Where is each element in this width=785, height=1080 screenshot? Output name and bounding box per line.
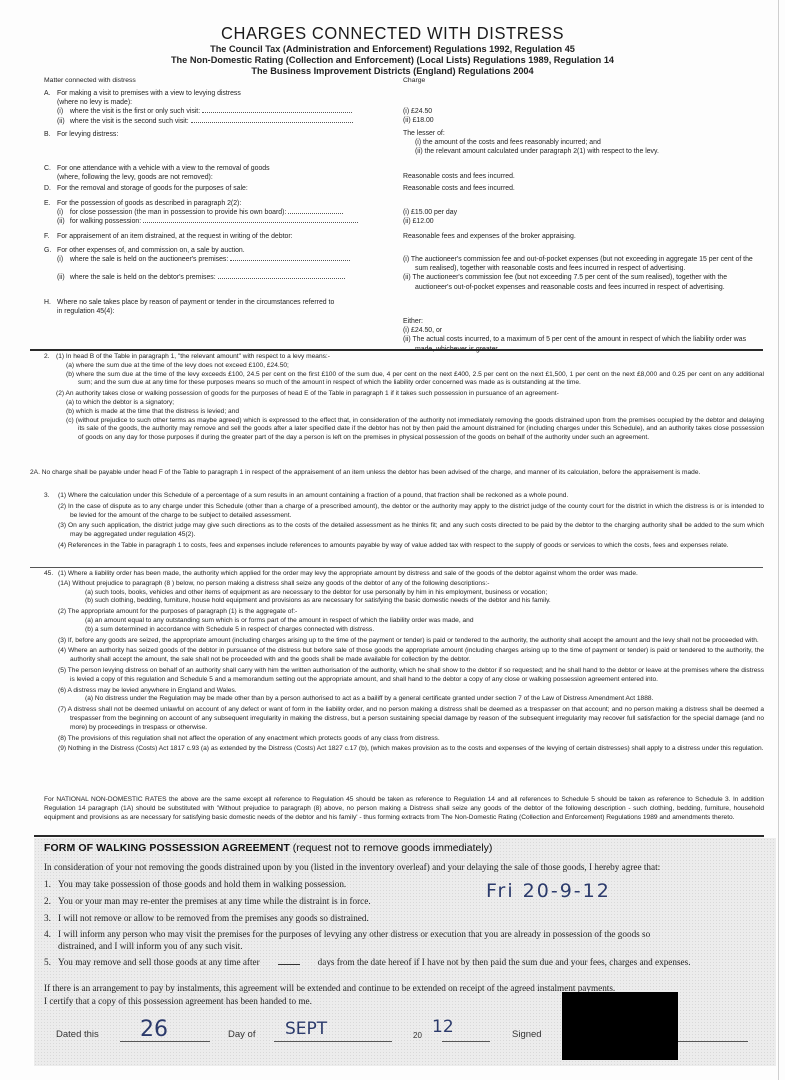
day-field[interactable]: 26 — [140, 1017, 168, 1042]
item-number: 5. — [44, 956, 58, 968]
certify-text: I certify that a copy of this possession… — [44, 996, 312, 1006]
sub-text: for close possession (the man in possess… — [70, 209, 286, 216]
paragraph-text: (a) where the sum due at the time of the… — [44, 362, 764, 371]
charge-item: (i) the amount of the costs and fees rea… — [403, 138, 763, 147]
sub-key: (ii) — [57, 273, 68, 282]
row-text: For the removal and storage of goods for… — [57, 185, 248, 192]
dotted-leader — [191, 117, 353, 123]
sub-text: where the sale is held on the auctioneer… — [70, 256, 228, 263]
charge-b: The lesser of: (i) the amount of the cos… — [403, 129, 763, 157]
charge-a: (i) £24.50 (ii) £18.00 — [403, 107, 763, 125]
paragraph-text: (a) an amount equal to any outstanding s… — [44, 617, 764, 626]
paragraph-number: 2. — [44, 353, 50, 362]
item-number: 3. — [44, 912, 58, 924]
paragraph-text: (c) (without prejudice to such other ter… — [44, 417, 764, 443]
year-line — [442, 1041, 490, 1042]
row-key: G. — [44, 246, 57, 255]
charge-c: Reasonable costs and fees incurred. — [403, 172, 763, 181]
row-key: F. — [44, 232, 57, 241]
paragraph-text: (a) such tools, books, vehicles and othe… — [44, 589, 764, 598]
charge-value: (ii) The auctioneer's commission fee (bu… — [403, 273, 763, 291]
agreement-intro: In consideration of your not removing th… — [44, 862, 660, 872]
row-key: H. — [44, 298, 57, 307]
agreement-item: 4.I will inform any person who may visit… — [44, 928, 764, 940]
document-title: CHARGES CONNECTED WITH DISTRESS — [0, 25, 785, 45]
row-text: For the possession of goods as described… — [57, 200, 241, 207]
item-text: I will not remove or allow to be removed… — [58, 913, 369, 923]
sub-text: where the visit is the first or only suc… — [70, 108, 200, 115]
row-text: For appraisement of an item distrained, … — [57, 233, 293, 240]
charge-intro: Either: — [403, 317, 763, 326]
paragraph-text: (2) An authority takes close or walking … — [44, 390, 764, 399]
page-edge — [778, 0, 779, 1080]
regulation-subtitle: The Business Improvement Districts (Engl… — [0, 66, 785, 76]
section-divider — [30, 349, 763, 351]
paragraph-text: (3) On any such application, the distric… — [44, 522, 764, 540]
paragraph-text: (5) The person levying distress on behal… — [44, 667, 764, 685]
agreement-title-note: (request not to remove goods immediately… — [290, 842, 493, 854]
paragraph-3: 3. (1) Where the calculation under this … — [44, 492, 764, 551]
charge-f: Reasonable fees and expenses of the brok… — [403, 232, 763, 241]
table-row-d: D.For the removal and storage of goods f… — [44, 184, 374, 193]
table-row-e: E.For the possession of goods as describ… — [44, 199, 374, 227]
sub-key: (i) — [57, 255, 68, 264]
row-text: in regulation 45(4): — [44, 307, 389, 316]
section-divider — [34, 835, 764, 837]
charge-d: Reasonable costs and fees incurred. — [403, 184, 763, 193]
dotted-leader — [288, 208, 343, 214]
row-key: A. — [44, 89, 57, 98]
dotted-leader — [143, 217, 358, 223]
table-row-f: F.For appraisement of an item distrained… — [44, 232, 374, 241]
paragraph-text: (b) a sum determined in accordance with … — [44, 626, 764, 635]
redacted-signature — [562, 992, 678, 1060]
row-text: Where no sale takes place by reason of p… — [57, 299, 334, 306]
sub-key: (ii) — [57, 117, 68, 126]
paragraph-text: (b) such clothing, bedding, furniture, h… — [44, 597, 764, 606]
sub-key: (i) — [57, 107, 68, 116]
charge-value: (ii) £18.00 — [403, 116, 763, 125]
paragraph-text: (8) The provisions of this regulation sh… — [44, 735, 764, 744]
agreement-item: 2.You or your man may re-enter the premi… — [44, 895, 764, 907]
table-row-a: A.For making a visit to premises with a … — [44, 89, 374, 126]
year-prefix: 20 — [413, 1031, 422, 1040]
paragraph-text: (b) where the sum due at the time of the… — [44, 371, 764, 389]
dotted-leader — [202, 107, 352, 113]
agreement-item: 1.You may take possession of those goods… — [44, 878, 764, 890]
column-header-charge: Charge — [403, 77, 425, 84]
row-text: (where, following the levy, goods are no… — [44, 173, 374, 182]
agreement-item: 3.I will not remove or allow to be remov… — [44, 912, 764, 924]
days-blank-field[interactable] — [278, 964, 300, 965]
signed-label: Signed — [512, 1029, 542, 1040]
item-number: 4. — [44, 928, 58, 940]
charge-value: (i) £15.00 per day — [403, 208, 763, 217]
item-text: days from the date hereof if I have not … — [318, 957, 691, 967]
row-key: D. — [44, 184, 57, 193]
paragraph-text: (a) to which the debtor is a signatory; — [44, 399, 764, 408]
row-text: For one attendance with a vehicle with a… — [57, 165, 270, 172]
section-divider — [30, 567, 763, 568]
charge-intro: The lesser of: — [403, 129, 763, 138]
paragraph-text: (2) In the case of dispute as to any cha… — [44, 503, 764, 521]
paragraph-number: 2A. — [30, 469, 40, 476]
paragraph-2: 2. (1) In head B of the Table in paragra… — [44, 353, 764, 443]
paragraph-number: 45. — [44, 570, 53, 579]
row-key: B. — [44, 130, 57, 139]
agreement-title: FORM OF WALKING POSSESSION AGREEMENT (re… — [44, 842, 492, 854]
charge-value: (i) £24.50 — [403, 107, 763, 116]
nndr-note: For NATIONAL NON-DOMESTIC RATES the abov… — [44, 796, 764, 822]
paragraph-number: 3. — [44, 492, 50, 501]
day-line — [120, 1041, 210, 1042]
row-text: (where no levy is made): — [44, 98, 374, 107]
sub-key: (i) — [57, 208, 68, 217]
year-field[interactable]: 12 — [432, 1017, 454, 1037]
charge-item: (ii) The actual costs incurred, to a max… — [403, 335, 763, 353]
month-field[interactable]: SEPT — [285, 1019, 327, 1039]
charge-value: (ii) £12.00 — [403, 217, 763, 226]
handwritten-date-note: Fri 20-9-12 — [486, 880, 611, 902]
regulation-45: 45. (1) Where a liability order has been… — [44, 570, 764, 754]
item-text: You may take possession of those goods a… — [58, 879, 346, 889]
table-row-c: C.For one attendance with a vehicle with… — [44, 164, 374, 182]
table-row-b: B.For levying distress: — [44, 130, 374, 139]
row-text: For other expenses of, and commission on… — [57, 247, 245, 254]
paragraph-text: (b) which is made at the time that the d… — [44, 408, 764, 417]
dotted-leader — [230, 255, 350, 261]
paragraph-text: (a) No distress under the Regulation may… — [44, 695, 764, 704]
row-key: C. — [44, 164, 57, 173]
agreement-item-continued: distrained, and I will inform you of any… — [44, 940, 764, 952]
item-text: You may remove and sell those goods at a… — [58, 957, 260, 967]
dated-label: Dated this — [56, 1029, 99, 1040]
charge-value: (i) The auctioneer's commission fee and … — [403, 255, 763, 273]
row-text: For levying distress: — [57, 131, 118, 138]
item-number: 1. — [44, 878, 58, 890]
day-of-label: Day of — [228, 1029, 255, 1040]
item-text: I will inform any person who may visit t… — [58, 929, 650, 939]
dotted-leader — [218, 273, 345, 279]
paragraph-text: (4) Where an authority has seized goods … — [44, 647, 764, 665]
sub-key: (ii) — [57, 217, 68, 226]
regulation-subtitle: The Non-Domestic Rating (Collection and … — [0, 55, 785, 65]
column-header-matter: Matter connected with distress — [44, 77, 136, 84]
paragraph-text: (1) In head B of the Table in paragraph … — [44, 353, 764, 362]
row-key: E. — [44, 199, 57, 208]
document-page: CHARGES CONNECTED WITH DISTRESS The Coun… — [0, 0, 785, 1080]
paragraph-text: (9) Nothing in the Distress (Costs) Act … — [44, 745, 764, 754]
charge-e: (i) £15.00 per day (ii) £12.00 — [403, 208, 763, 226]
agreement-item: 5.You may remove and sell those goods at… — [44, 956, 764, 968]
sub-text: where the sale is held on the debtor's p… — [70, 274, 216, 281]
charge-item: (i) £24.50, or — [403, 326, 763, 335]
charge-item: (ii) the relevant amount calculated unde… — [403, 147, 763, 156]
paragraph-text: (7) A distress shall not be deemed unlaw… — [44, 706, 764, 732]
signature-line — [676, 1041, 748, 1042]
paragraph-text: (3) If, before any goods are seized, the… — [44, 637, 764, 646]
instalment-text: If there is an arrangement to pay by ins… — [44, 983, 615, 993]
regulation-subtitle: The Council Tax (Administration and Enfo… — [0, 44, 785, 54]
item-number: 2. — [44, 895, 58, 907]
paragraph-text: (6) A distress may be levied anywhere in… — [44, 687, 764, 696]
row-text: For making a visit to premises with a vi… — [57, 90, 241, 97]
paragraph-2a: 2A. No charge shall be payable under hea… — [30, 469, 764, 478]
paragraph-text: No charge shall be payable under head F … — [42, 469, 701, 476]
paragraph-text: (1A) Without prejudice to paragraph (8 )… — [44, 580, 764, 589]
agreement-title-bold: FORM OF WALKING POSSESSION AGREEMENT — [44, 842, 290, 854]
sub-text: where the visit is the second such visit… — [70, 118, 189, 125]
charge-g: (i) The auctioneer's commission fee and … — [403, 255, 763, 292]
table-row-h: H.Where no sale takes place by reason of… — [44, 298, 389, 316]
paragraph-text: (1) Where a liability order has been mad… — [44, 570, 764, 579]
paragraph-text: (4) References in the Table in paragraph… — [44, 542, 764, 551]
table-row-g: G.For other expenses of, and commission … — [44, 246, 374, 283]
paragraph-text: (1) Where the calculation under this Sch… — [44, 492, 764, 501]
paragraph-text: (2) The appropriate amount for the purpo… — [44, 608, 764, 617]
sub-text: for walking possession: — [70, 218, 141, 225]
month-line — [274, 1041, 392, 1042]
item-text: You or your man may re-enter the premise… — [58, 896, 371, 906]
